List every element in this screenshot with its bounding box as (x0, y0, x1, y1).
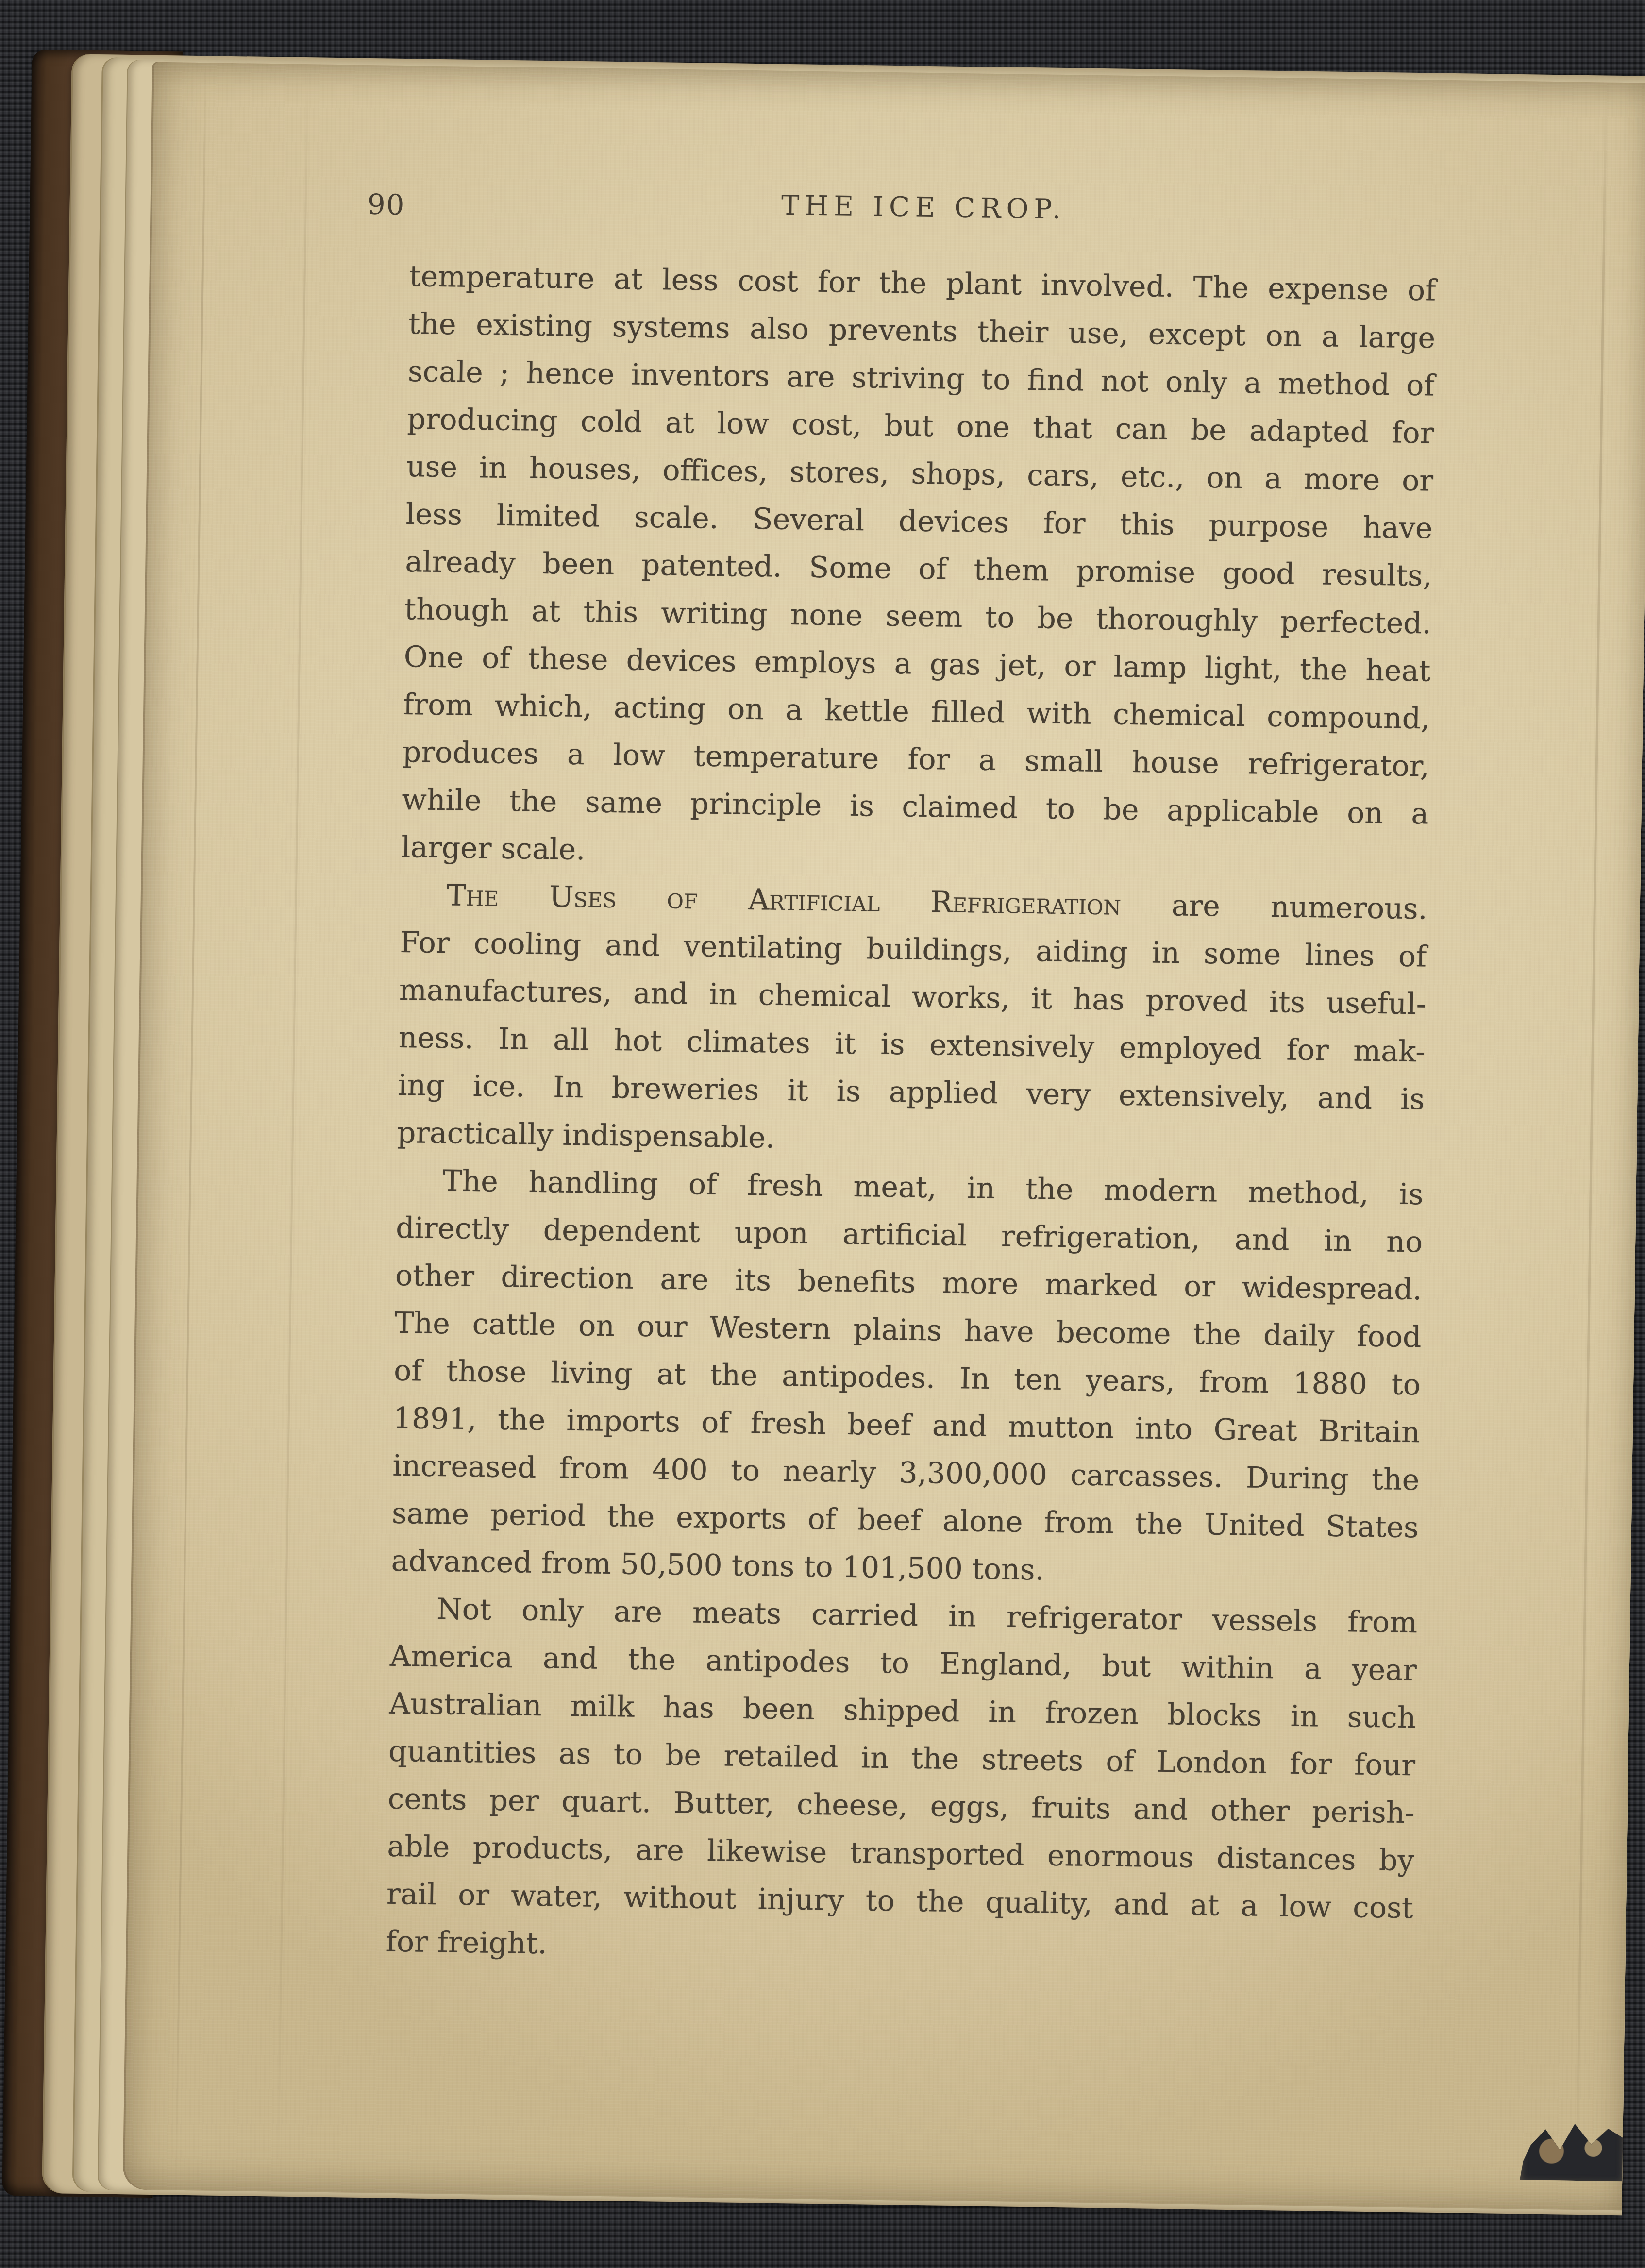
smallcaps-text: The Uses of Artificial Refrigeration (446, 878, 1121, 922)
book-page: 90 THE ICE CROP. temperature at less cos… (123, 62, 1645, 2211)
text-block: temperature at less cost for the plant i… (386, 252, 1436, 1980)
paragraph: temperature at less cost for the plant i… (401, 252, 1437, 885)
page-crease-line (1575, 82, 1607, 2210)
page-content: 90 THE ICE CROP. temperature at less cos… (386, 185, 1437, 1980)
running-title: THE ICE CROP. (410, 185, 1437, 231)
photo-background: 90 THE ICE CROP. temperature at less cos… (0, 0, 1645, 2268)
page-number: 90 (367, 188, 405, 221)
torn-edge-fray (1520, 2107, 1625, 2181)
page-crease-line (277, 64, 309, 2192)
text-segment: are numerous. (1121, 888, 1428, 926)
paragraph: The handling of fresh meat, in the moder… (391, 1157, 1424, 1599)
paragraph: Not only are meats carried in refrigerat… (386, 1585, 1418, 1980)
page-header: 90 THE ICE CROP. (410, 185, 1437, 236)
paragraph: The Uses of Artificial Refrigeration are… (397, 871, 1427, 1171)
book: 90 THE ICE CROP. temperature at less cos… (0, 53, 1645, 2212)
page-crease-line (175, 63, 207, 2190)
